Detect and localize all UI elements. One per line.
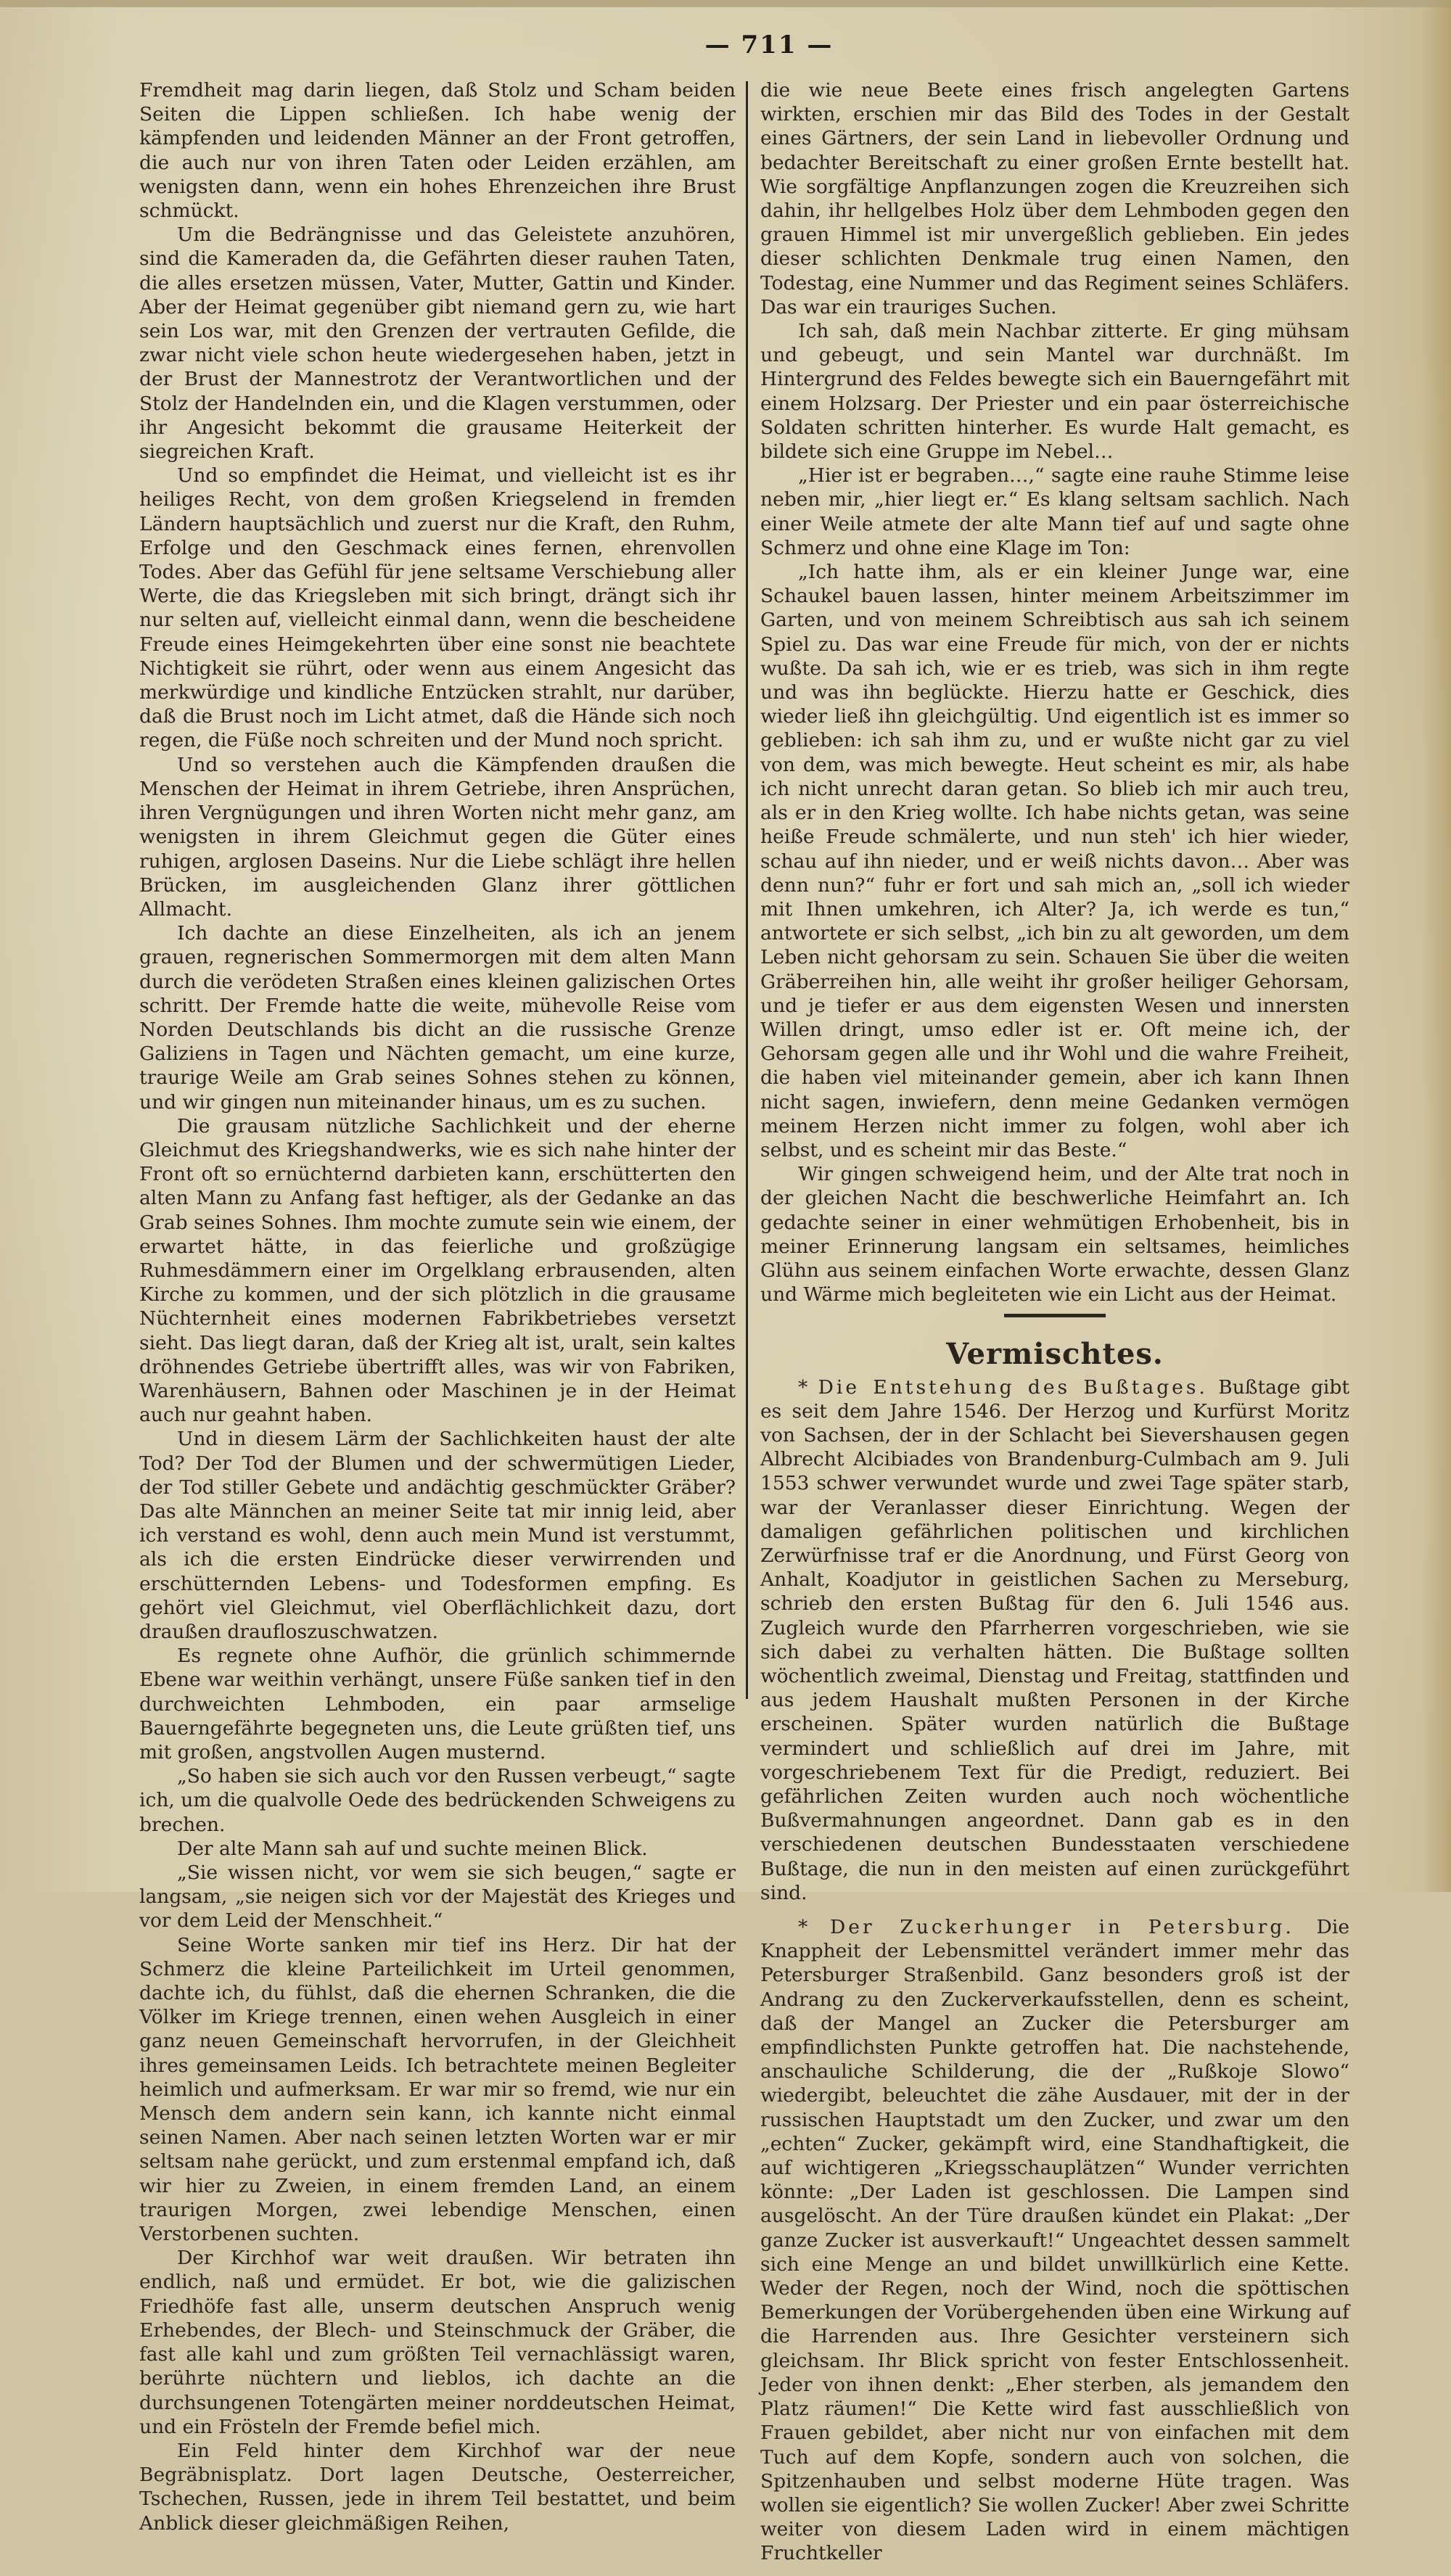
essay-paragraph: Wir gingen schweigend heim, und der Alte… — [760, 1162, 1349, 1306]
essay-paragraph: „Sie wissen nicht, vor wem sie sich beug… — [139, 1861, 736, 1892]
left-column: Fremdheit mag darin liegen, daß Stolz un… — [139, 78, 736, 1892]
essay-paragraph: die wie neue Beete eines frisch angelegt… — [760, 78, 1349, 319]
newspaper-page: — 711 — Fremdheit mag darin liegen, daß … — [0, 0, 1451, 1892]
item-title: Die Entstehung des Bußtages. — [818, 1376, 1208, 1399]
essay-paragraph: Und so verstehen auch die Kämpfenden dra… — [139, 753, 736, 921]
essay-paragraph: „Ich hatte ihm, als er ein kleiner Junge… — [760, 560, 1349, 1162]
page-top-edge — [0, 0, 1451, 7]
section-separator-rule — [1004, 1314, 1106, 1317]
essay-paragraph: Ich sah, daß mein Nachbar zitterte. Er g… — [760, 319, 1349, 464]
section-heading-vermischtes: Vermischtes. — [760, 1342, 1349, 1366]
essay-paragraph: Fremdheit mag darin liegen, daß Stolz un… — [139, 78, 736, 223]
essay-paragraph: Und in diesem Lärm der Sachlichkeiten ha… — [139, 1427, 736, 1644]
essay-paragraph: Ich dachte an diese Einzelheiten, als ic… — [139, 921, 736, 1114]
right-column: die wie neue Beete eines frisch angelegt… — [760, 78, 1349, 1892]
essay-paragraph: Um die Bedrängnisse und das Geleistete a… — [139, 223, 736, 464]
essay-paragraph: Die grausam nützliche Sachlichkeit und d… — [139, 1114, 736, 1428]
item-body: Bußtage gibt es seit dem Jahre 1546. Der… — [760, 1376, 1349, 1892]
item-marker: * — [798, 1376, 807, 1399]
essay-paragraph: Es regnete ohne Aufhör, die grünlich sch… — [139, 1644, 736, 1764]
essay-paragraph: Der alte Mann sah auf und suchte meinen … — [139, 1837, 736, 1861]
page-number: — 711 — — [689, 30, 849, 59]
essay-paragraph: „Hier ist er begraben…,“ sagte eine rauh… — [760, 464, 1349, 560]
page-right-edge-shadow — [1422, 0, 1451, 1892]
essay-paragraph: „So haben sie sich auch vor den Russen v… — [139, 1764, 736, 1837]
essay-paragraph: Und so empfindet die Heimat, und viellei… — [139, 464, 736, 752]
news-item-busstag: * Die Entstehung des Bußtages. Bußtage g… — [760, 1375, 1349, 1892]
column-divider-rule — [746, 81, 748, 1699]
